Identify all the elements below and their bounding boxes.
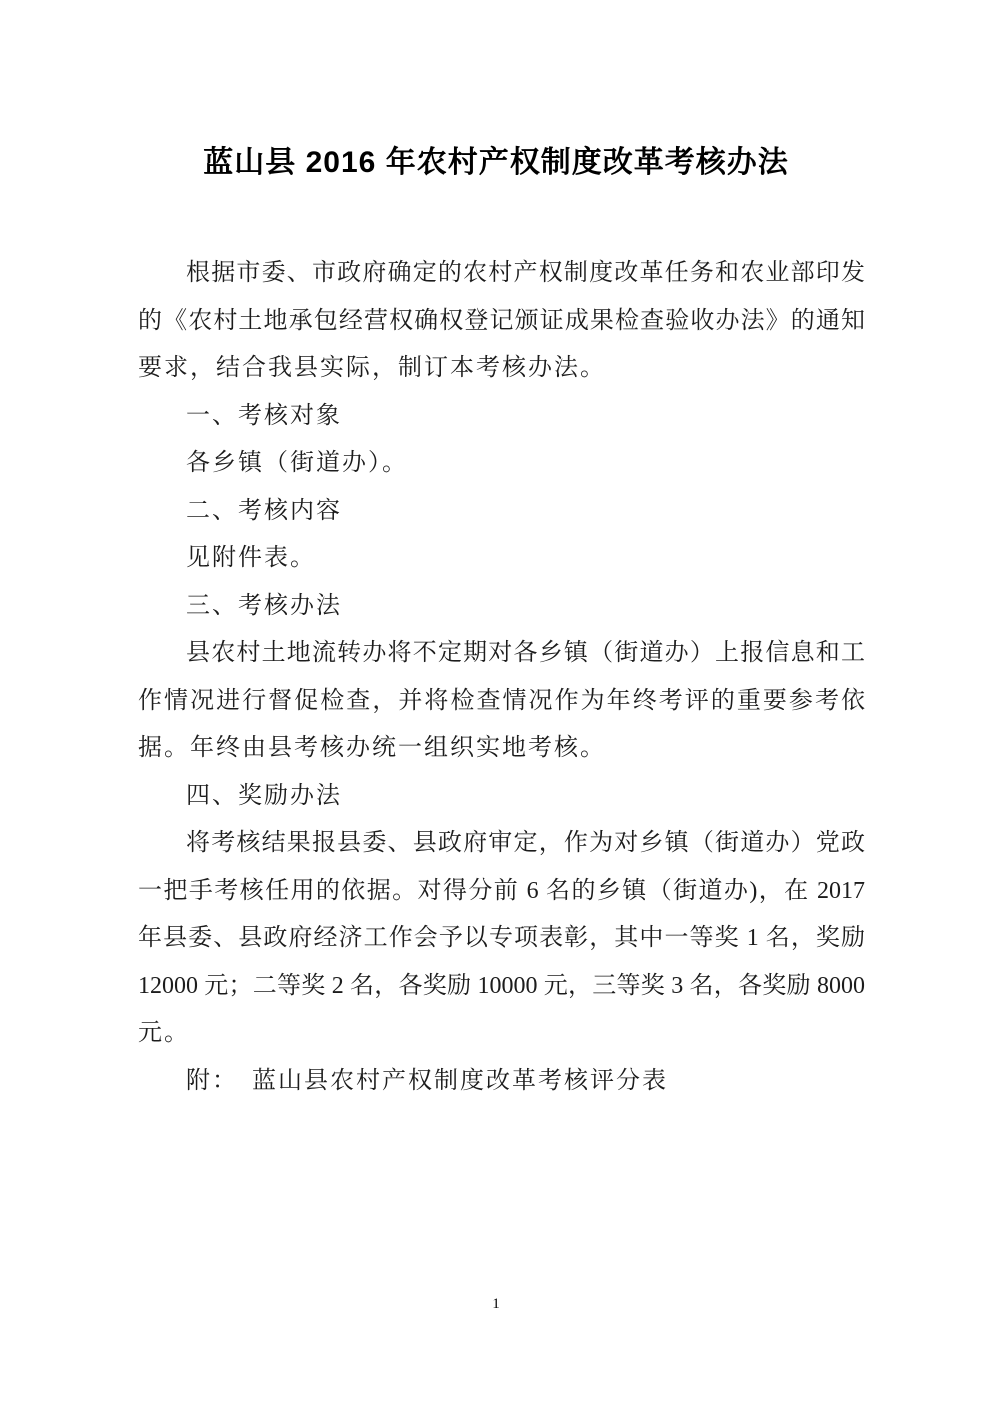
document-body: 根据市委、市政府确定的农村产权制度改革任务和农业部印发的《农村土地承包经营权确权… bbox=[138, 250, 865, 1105]
document-line: 据。年终由县考核办统一组织实地考核。 bbox=[138, 725, 865, 773]
document-line: 作情况进行督促检查，并将检查情况作为年终考评的重要参考依 bbox=[138, 678, 865, 726]
document-line: 一、考核对象 bbox=[138, 393, 865, 441]
document-line: 各乡镇（街道办）。 bbox=[138, 440, 865, 488]
document-line: 一把手考核任用的依据。对得分前 6 名的乡镇（街道办)，在 2017 bbox=[138, 868, 865, 916]
document-line: 元。 bbox=[138, 1010, 865, 1058]
document-line: 年县委、县政府经济工作会予以专项表彰，其中一等奖 1 名，奖励 bbox=[138, 915, 865, 963]
document-line: 二、考核内容 bbox=[138, 488, 865, 536]
document-line: 要求，结合我县实际，制订本考核办法。 bbox=[138, 345, 865, 393]
document-line: 三、考核办法 bbox=[138, 583, 865, 631]
document-line: 将考核结果报县委、县政府审定，作为对乡镇（街道办）党政 bbox=[138, 820, 865, 868]
document-line: 的《农村土地承包经营权确权登记颁证成果检查验收办法》的通知 bbox=[138, 298, 865, 346]
document-line: 四、奖励办法 bbox=[138, 773, 865, 821]
document-line: 根据市委、市政府确定的农村产权制度改革任务和农业部印发 bbox=[138, 250, 865, 298]
document-line: 见附件表。 bbox=[138, 535, 865, 583]
document-line: 县农村土地流转办将不定期对各乡镇（街道办）上报信息和工 bbox=[138, 630, 865, 678]
document-line: 附： 蓝山县农村产权制度改革考核评分表 bbox=[138, 1058, 865, 1106]
document-title: 蓝山县 2016 年农村产权制度改革考核办法 bbox=[0, 141, 992, 185]
document-page: 蓝山县 2016 年农村产权制度改革考核办法 根据市委、市政府确定的农村产权制度… bbox=[0, 0, 992, 1403]
page-number: 1 bbox=[0, 1294, 992, 1314]
document-line: 12000 元；二等奖 2 名，各奖励 10000 元，三等奖 3 名，各奖励 … bbox=[138, 963, 865, 1011]
